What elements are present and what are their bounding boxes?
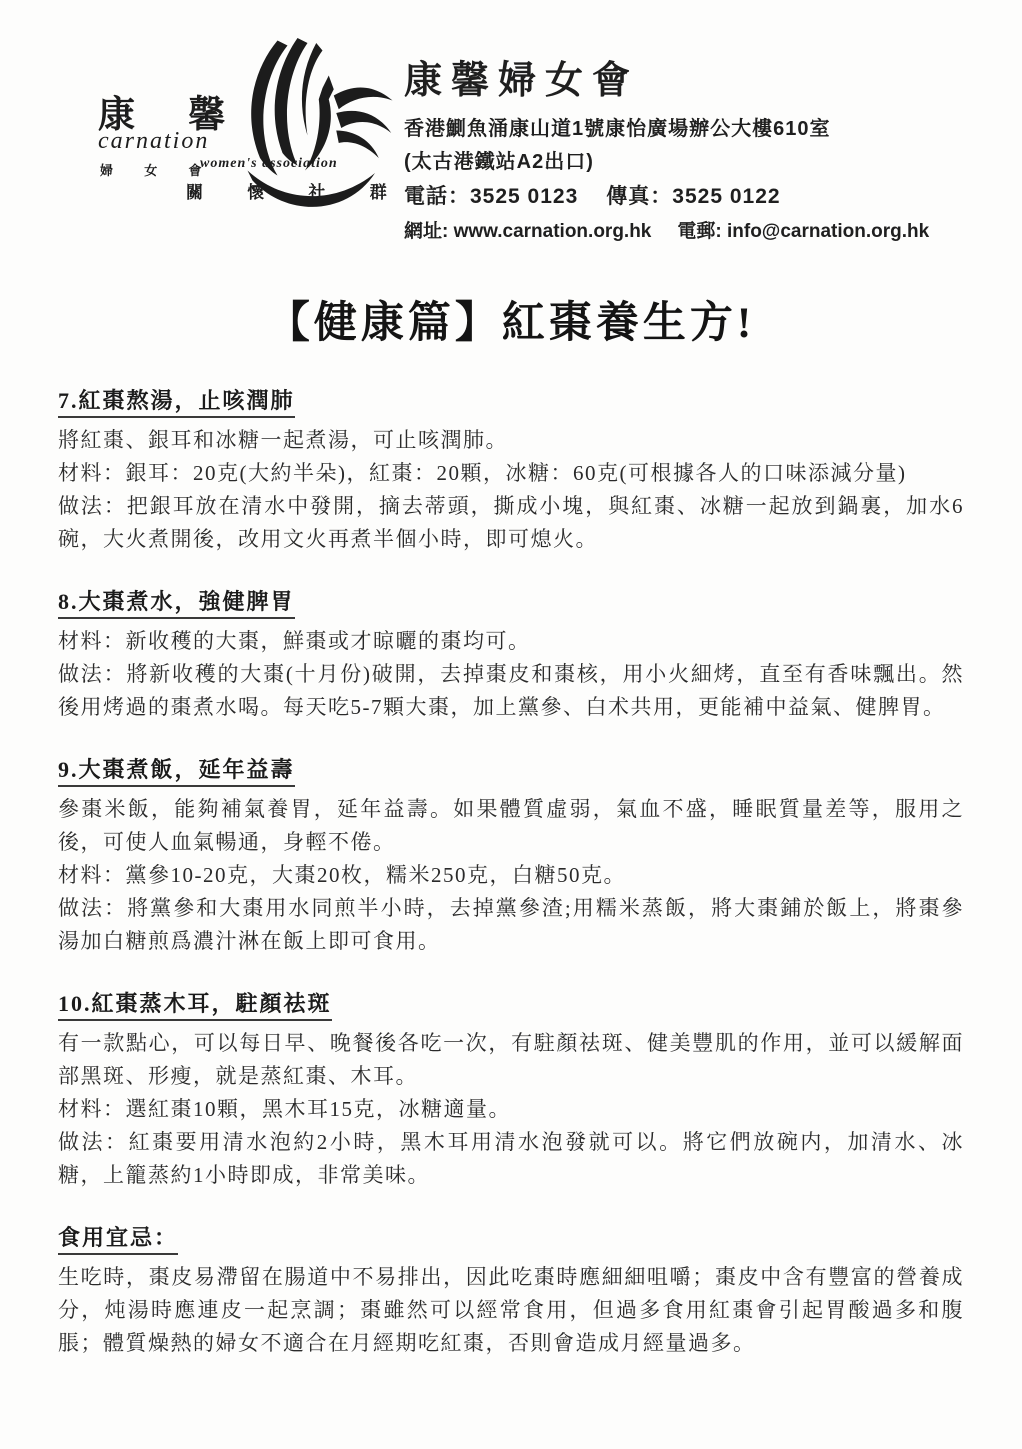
section-materials: 材料：新收穫的大棗，鮮棗或才晾曬的棗均可。 xyxy=(58,625,964,658)
section-intro: 參棗米飯，能夠補氣養胃，延年益壽。如果體質虛弱，氣血不盛，睡眠質量差等，服用之後… xyxy=(58,793,964,859)
section-heading: 10.紅棗蒸木耳，駐顏祛斑 xyxy=(58,987,964,1018)
section-method: 做法：將新收穫的大棗(十月份)破開，去掉棗皮和棗核，用小火細烤，直至有香味飄出。… xyxy=(58,658,964,724)
document-page: 康 馨 carnation 婦 女 會 women's association … xyxy=(0,0,1022,1449)
section-materials: 材料：選紅棗10顆，黑木耳15克，冰糖適量。 xyxy=(58,1093,964,1126)
dietary-advice-section: 食用宜忌： 生吃時，棗皮易滯留在腸道中不易排出，因此吃棗時應細細咀嚼；棗皮中含有… xyxy=(58,1221,964,1360)
org-name: 康馨婦女會 xyxy=(404,58,929,104)
fax-number: 3525 0122 xyxy=(672,185,780,208)
recipe-section-9: 9.大棗煮飯，延年益壽 參棗米飯，能夠補氣養胃，延年益壽。如果體質虛弱，氣血不盛… xyxy=(58,753,964,958)
section-intro: 將紅棗、銀耳和冰糖一起煮湯，可止咳潤肺。 xyxy=(58,424,964,457)
email-label: 電郵: xyxy=(677,221,727,242)
section-body: 生吃時，棗皮易滯留在腸道中不易排出，因此吃棗時應細細咀嚼；棗皮中含有豐富的營養成… xyxy=(58,1261,964,1360)
org-web-email-line: 網址: www.carnation.org.hk電郵: info@carnati… xyxy=(404,216,929,243)
letterhead: 康 馨 carnation 婦 女 會 women's association … xyxy=(0,0,1022,243)
phone-label: 電話： xyxy=(404,185,470,208)
section-heading: 9.大棗煮飯，延年益壽 xyxy=(58,753,964,784)
org-phone-fax-line: 電話：3525 0123傳真：3525 0122 xyxy=(404,180,929,210)
org-address-line2: (太古港鐵站A2出口) xyxy=(404,145,929,174)
document-title: 【健康篇】紅棗養生方! xyxy=(0,289,1022,350)
org-info: 康馨婦女會 香港鰂魚涌康山道1號康怡廣場辦公大樓610室 (太古港鐵站A2出口)… xyxy=(390,56,929,243)
org-logo: 康 馨 carnation 婦 女 會 women's association … xyxy=(98,56,390,214)
section-materials: 材料：黨參10-20克，大棗20枚，糯米250克，白糖50克。 xyxy=(58,859,964,892)
recipe-section-10: 10.紅棗蒸木耳，駐顏祛斑 有一款點心，可以每日早、晚餐後各吃一次，有駐顏祛斑、… xyxy=(58,987,964,1192)
website-url: www.carnation.org.hk xyxy=(454,221,652,242)
section-heading: 8.大棗煮水，強健脾胃 xyxy=(58,585,964,616)
section-method: 做法：將黨參和大棗用水同煎半小時，去掉黨參渣;用糯米蒸飯，將大棗鋪於飯上，將棗參… xyxy=(58,892,964,958)
recipe-section-8: 8.大棗煮水，強健脾胃 材料：新收穫的大棗，鮮棗或才晾曬的棗均可。 做法：將新收… xyxy=(58,585,964,724)
section-intro: 有一款點心，可以每日早、晚餐後各吃一次，有駐顏祛斑、健美豐肌的作用，並可以緩解面… xyxy=(58,1027,964,1093)
section-heading-text: 食用宜忌： xyxy=(58,1225,178,1255)
fax-label: 傳真： xyxy=(606,185,672,208)
section-heading-text: 7.紅棗熬湯，止咳潤肺 xyxy=(58,388,295,418)
email-address: info@carnation.org.hk xyxy=(727,221,929,242)
section-method: 做法：把銀耳放在清水中發開，摘去蒂頭，撕成小塊，與紅棗、冰糖一起放到鍋裏，加水6… xyxy=(58,490,964,556)
section-method: 做法：紅棗要用清水泡約2小時，黑木耳用清水泡發就可以。將它們放碗内，加清水、冰糖… xyxy=(58,1126,964,1192)
logo-womens-association-text: women's association xyxy=(200,156,338,172)
logo-carnation-text: carnation xyxy=(98,128,209,155)
logo-funvhui-text: 婦 女 會 xyxy=(100,160,216,179)
phone-number: 3525 0123 xyxy=(470,185,578,208)
section-heading-text: 8.大棗煮水，強健脾胃 xyxy=(58,589,295,619)
recipe-section-7: 7.紅棗熬湯，止咳潤肺 將紅棗、銀耳和冰糖一起煮湯，可止咳潤肺。 材料：銀耳：2… xyxy=(58,384,964,556)
org-address-line1: 香港鰂魚涌康山道1號康怡廣場辦公大樓610室 xyxy=(404,112,929,141)
logo-tagline-text: 關 懷 社 群 xyxy=(186,178,407,203)
section-materials: 材料：銀耳：20克(大約半朵)，紅棗：20顆，冰糖：60克(可根據各人的口味添減… xyxy=(58,457,964,490)
document-body: 7.紅棗熬湯，止咳潤肺 將紅棗、銀耳和冰糖一起煮湯，可止咳潤肺。 材料：銀耳：2… xyxy=(0,384,1022,1360)
section-heading: 食用宜忌： xyxy=(58,1221,964,1252)
section-heading-text: 9.大棗煮飯，延年益壽 xyxy=(58,757,295,787)
section-heading: 7.紅棗熬湯，止咳潤肺 xyxy=(58,384,964,415)
website-label: 網址: xyxy=(404,221,454,242)
section-heading-text: 10.紅棗蒸木耳，駐顏祛斑 xyxy=(58,991,332,1021)
